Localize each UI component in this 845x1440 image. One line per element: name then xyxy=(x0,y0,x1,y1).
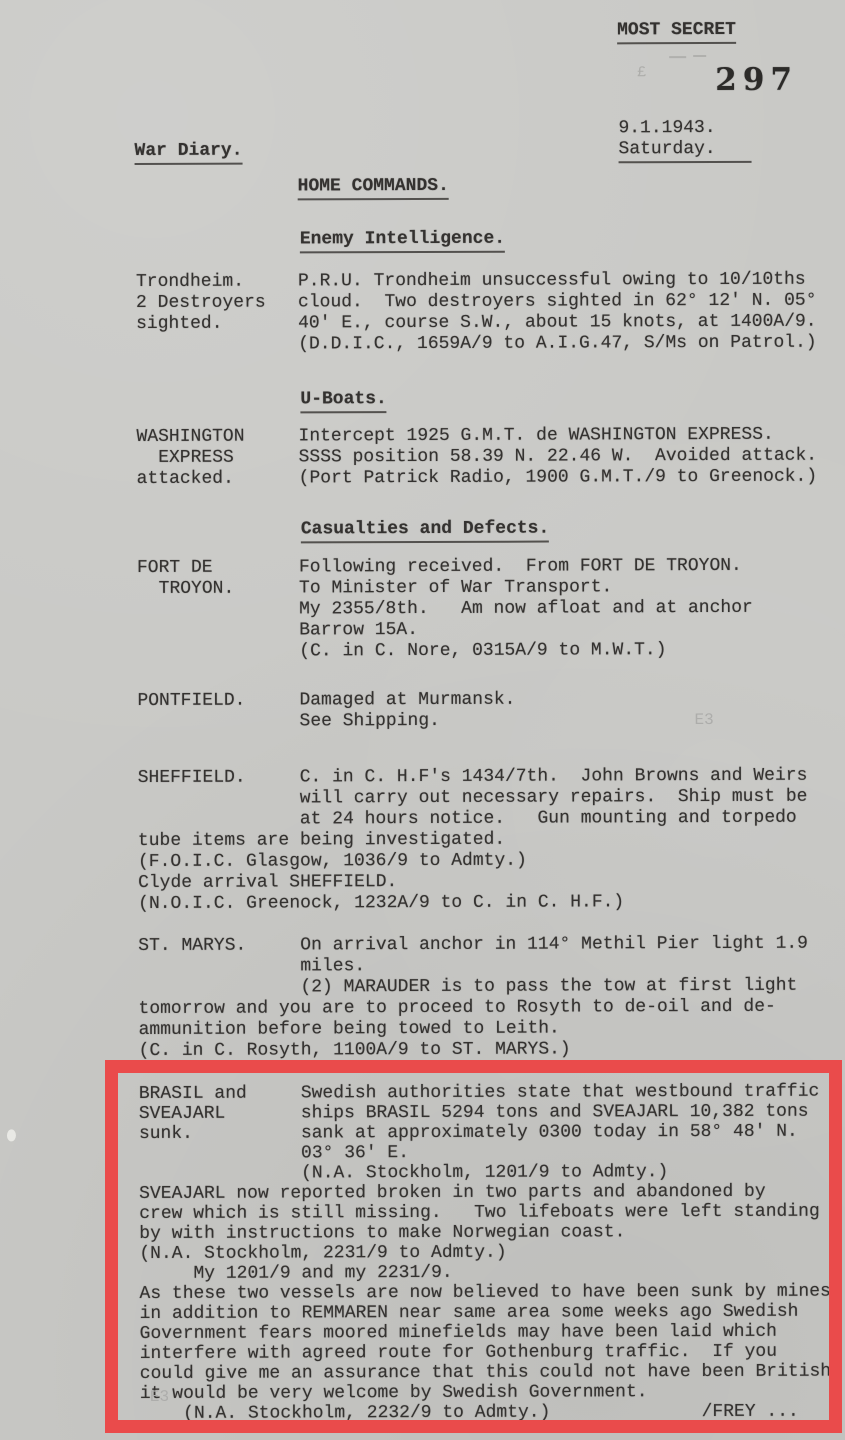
heading-enemy-intelligence: Enemy Intelligence. xyxy=(300,229,505,254)
war-diary-scanned-page: MOST SECRET £ 297 9.1.1943. Saturday. Wa… xyxy=(0,0,845,1440)
pencil-mark-dash xyxy=(669,56,686,58)
classification-stamp: MOST SECRET xyxy=(617,20,736,44)
entry-st-marys-body: On arrival anchor in 114° Methil Pier li… xyxy=(300,934,808,999)
entry-pontfield-body: Damaged at Murmansk. See Shipping. xyxy=(299,690,515,733)
day-text: Saturday. xyxy=(618,139,751,163)
pencil-mark-squiggle: £ xyxy=(637,62,646,83)
diary-label: War Diary. xyxy=(134,141,242,165)
classification-text: MOST SECRET xyxy=(617,20,736,44)
entry-fort-de-troyon-margin: FORT DE TROYON. xyxy=(137,558,234,600)
entry-st-marys-full: tomorrow and you are to proceed to Rosyt… xyxy=(138,997,776,1062)
scan-speck xyxy=(7,1129,16,1141)
date-text: 9.1.1943. xyxy=(618,118,715,138)
faint-mark-right: E3 xyxy=(694,710,713,731)
entry-fort-de-troyon-body: Following received. From FORT DE TROYON.… xyxy=(299,556,753,663)
page-number-stamp: 297 xyxy=(715,65,798,96)
heading-casualties-defects: Casualties and Defects. xyxy=(301,519,550,544)
entry-washington-body: Intercept 1925 G.M.T. de WASHINGTON EXPR… xyxy=(298,425,817,490)
entry-pontfield-margin: PONTFIELD. xyxy=(137,691,245,712)
entry-trondheim-body: P.R.U. Trondheim unsuccessful owing to 1… xyxy=(298,270,817,356)
heading-u-boats: U-Boats. xyxy=(300,389,387,413)
entry-trondheim-margin: Trondheim. 2 Destroyers sighted. xyxy=(136,272,266,335)
entry-st-marys-margin: ST. MARYS. xyxy=(138,936,246,957)
entry-sheffield-full: tube items are being investigated. (F.O.… xyxy=(138,829,624,915)
pencil-mark-dash xyxy=(693,55,706,57)
entry-sheffield-margin: SHEFFIELD. xyxy=(138,768,246,789)
date-block: 9.1.1943. Saturday. xyxy=(618,118,751,163)
command-heading: HOME COMMANDS. xyxy=(298,176,449,201)
entry-sheffield-body: C. in C. H.F's 1434/7th. John Browns and… xyxy=(300,766,808,831)
entry-washington-margin: WASHINGTON EXPRESS attacked. xyxy=(136,427,244,490)
red-highlight-box xyxy=(105,1060,842,1433)
